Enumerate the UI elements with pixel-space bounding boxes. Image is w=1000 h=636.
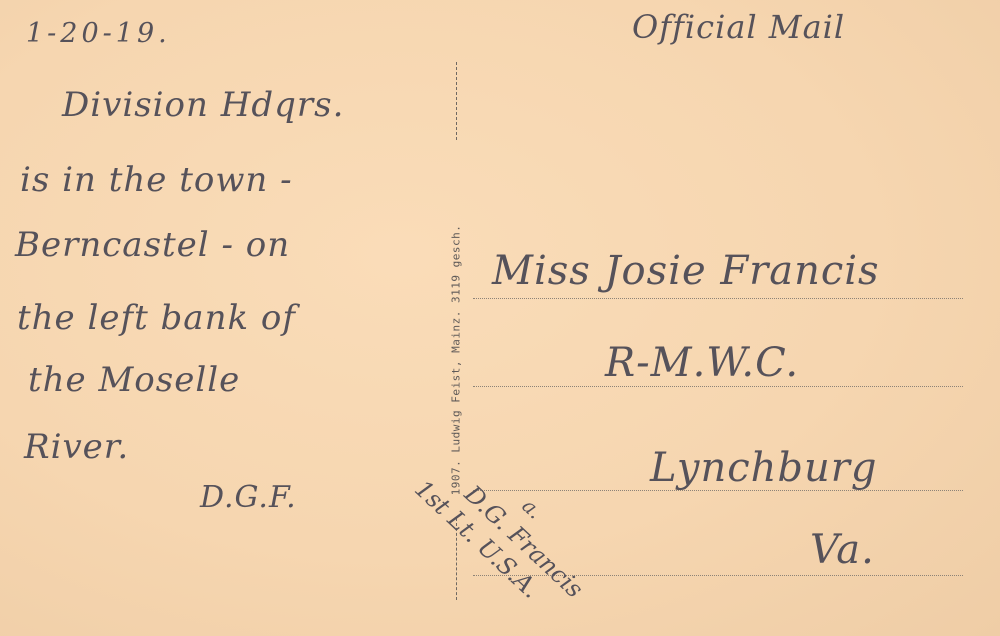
message-date: 1-20-19. [26, 18, 171, 49]
address-line-state: Va. [810, 527, 875, 573]
message-line: the Moselle [28, 360, 240, 400]
address-line-city: Lynchburg [650, 445, 877, 491]
signature-initials: D.G.F. [200, 480, 297, 515]
sender-block: a. D.G. Francis 1st Lt. U.S.A. [409, 430, 610, 626]
message-line: is in the town - [20, 160, 293, 200]
address-rule [473, 298, 963, 299]
address-line-institution: R-M.W.C. [605, 340, 799, 386]
message-line: Berncastel - on [15, 225, 290, 265]
address-line-name: Miss Josie Francis [492, 248, 880, 294]
message-line: River. [24, 427, 129, 467]
message-line: the left bank of [17, 298, 296, 338]
message-line: Division Hdqrs. [62, 85, 344, 125]
center-divider-top [456, 62, 457, 140]
official-mail-note: Official Mail [632, 8, 845, 46]
postcard-back: 1-20-19. Division Hdqrs. is in the town … [0, 0, 1000, 636]
address-rule [473, 490, 963, 491]
address-rule [473, 386, 963, 387]
